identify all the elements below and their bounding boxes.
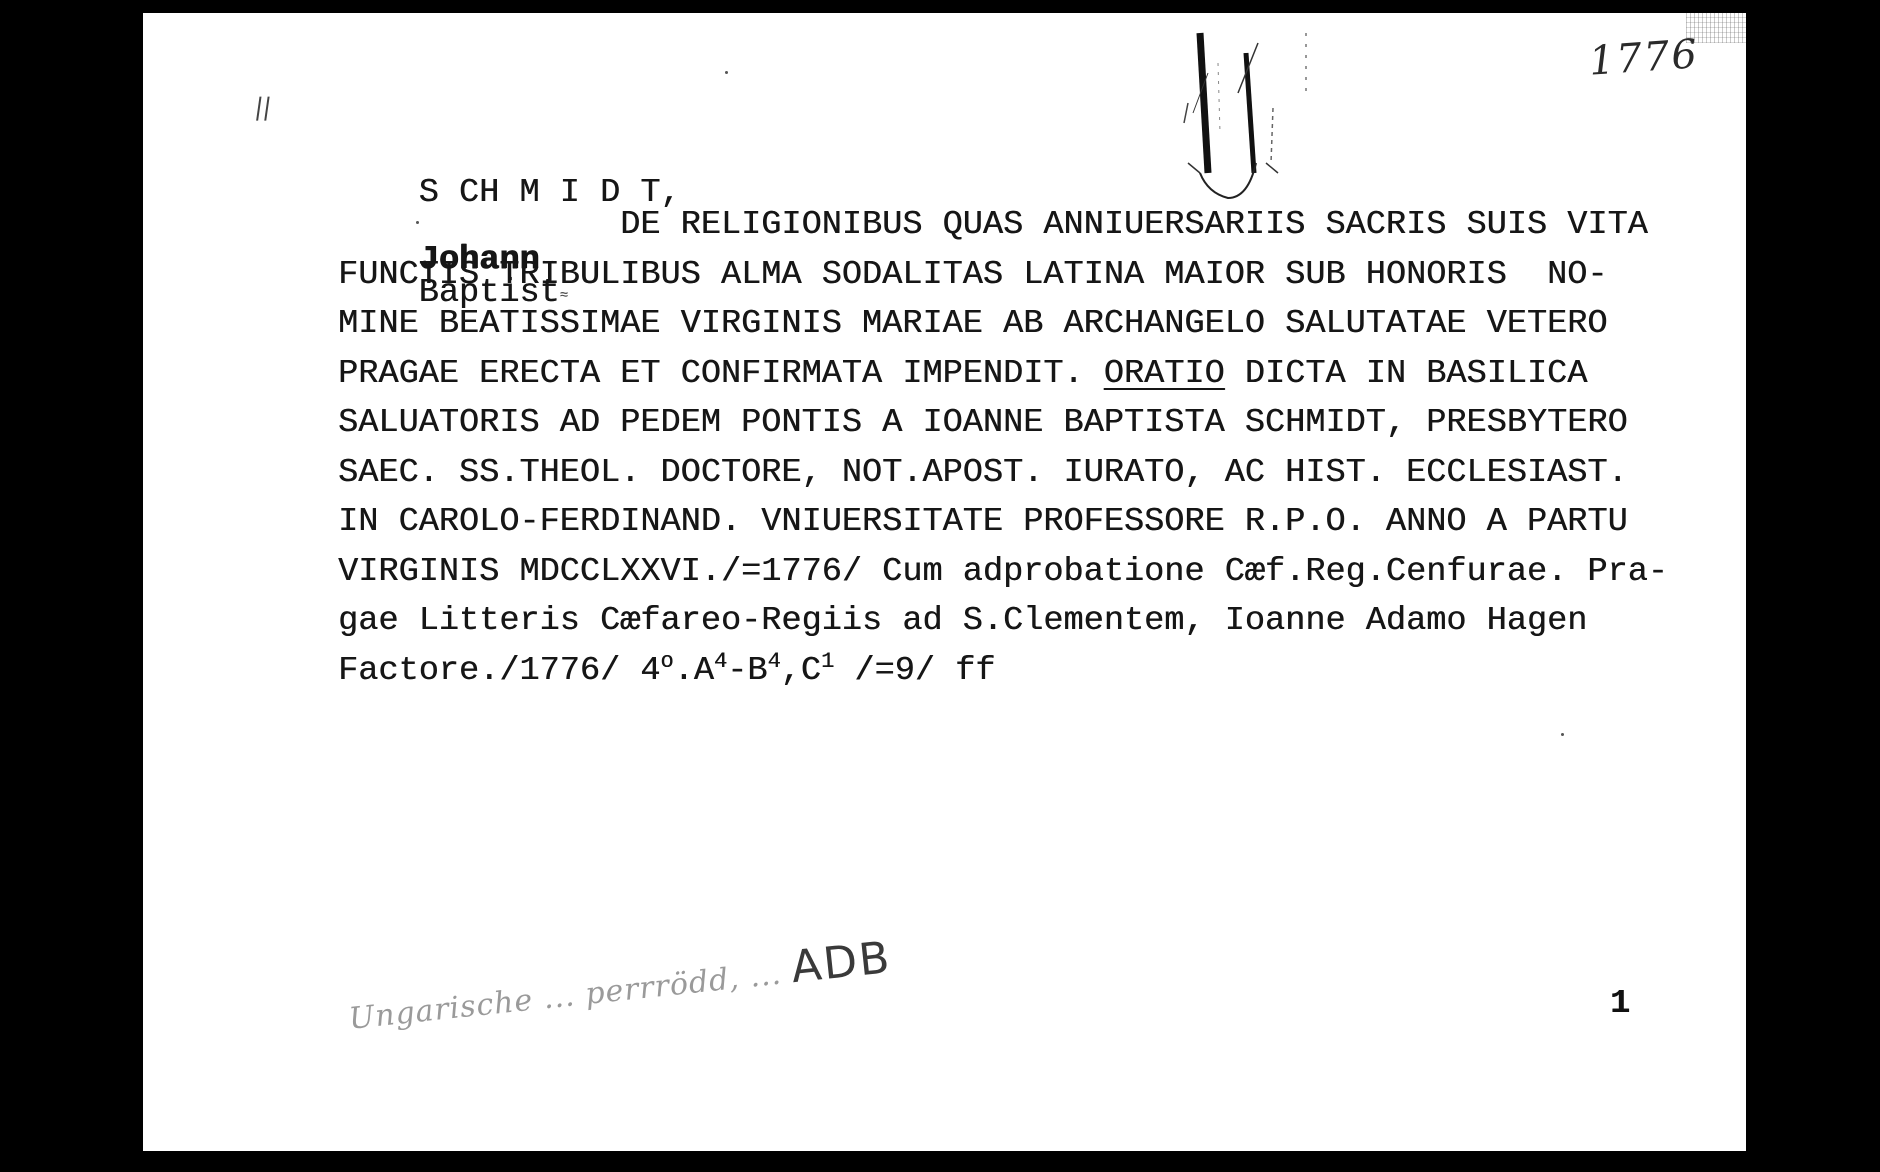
document-page: || 1776 S CH M I D T, Johann·· Baptist≈ … bbox=[143, 13, 1746, 1151]
description-line: gae Litteris Cæfareo-Regiis ad S.Clement… bbox=[338, 605, 1587, 639]
collation-text: .A bbox=[674, 652, 714, 690]
description-line: SAEC. SS.THEOL. DOCTORE, NOT.APOST. IURA… bbox=[338, 457, 1628, 491]
description-line: SALUATORIS AD PEDEM PONTIS A IOANNE BAPT… bbox=[338, 407, 1628, 441]
description-line: PRAGAE ERECTA ET CONFIRMATA IMPENDIT. OR… bbox=[338, 358, 1587, 392]
page-number: 1 bbox=[1610, 988, 1630, 1022]
collation-line: Factore./1776/ 4o.A4-B4,C1 /=9/ ff bbox=[338, 655, 995, 689]
collation-text: ,C bbox=[781, 652, 821, 690]
handwritten-year: 1776 bbox=[1588, 31, 1701, 85]
description-line: MINE BEATISSIMAE VIRGINIS MARIAE AB ARCH… bbox=[338, 308, 1607, 342]
handwritten-note-adb: ADB bbox=[789, 932, 894, 993]
description-line: IN CAROLO-FERDINAND. VNIUERSITATE PROFES… bbox=[338, 506, 1628, 540]
collation-text: /=9/ ff bbox=[834, 652, 995, 690]
description-line: DE RELIGIONIBUS QUAS ANNIUERSARIIS SACRI… bbox=[338, 209, 1648, 243]
description-line: VIRGINIS MDCCLXXVI./=1776/ Cum adprobati… bbox=[338, 556, 1668, 590]
collation-superscript: o bbox=[660, 649, 673, 674]
collation-text: -B bbox=[727, 652, 767, 690]
collation-superscript: 4 bbox=[714, 649, 727, 674]
description-line: FUNCTIS TRIBULIBUS ALMA SODALITAS LATINA… bbox=[338, 259, 1607, 293]
scan-speck bbox=[1561, 733, 1564, 736]
collation-superscript: 1 bbox=[821, 649, 834, 674]
collation-text: Factore./1776/ 4 bbox=[338, 652, 660, 690]
scan-speck bbox=[416, 221, 419, 224]
line-text: DICTA IN BASILICA bbox=[1225, 355, 1588, 393]
margin-mark: || bbox=[253, 93, 273, 121]
underlined-word: ORATIO bbox=[1104, 355, 1225, 393]
collation-superscript: 4 bbox=[767, 649, 780, 674]
handwritten-note: Ungarische ... perrrödd, ... ADB bbox=[300, 897, 897, 1079]
handwritten-note-faint: Ungarische ... perrrödd, ... bbox=[347, 955, 793, 1036]
binding-clip-artifact-icon bbox=[1178, 13, 1328, 203]
scan-speck bbox=[725, 71, 728, 74]
line-text: PRAGAE ERECTA ET CONFIRMATA IMPENDIT. bbox=[338, 355, 1104, 393]
